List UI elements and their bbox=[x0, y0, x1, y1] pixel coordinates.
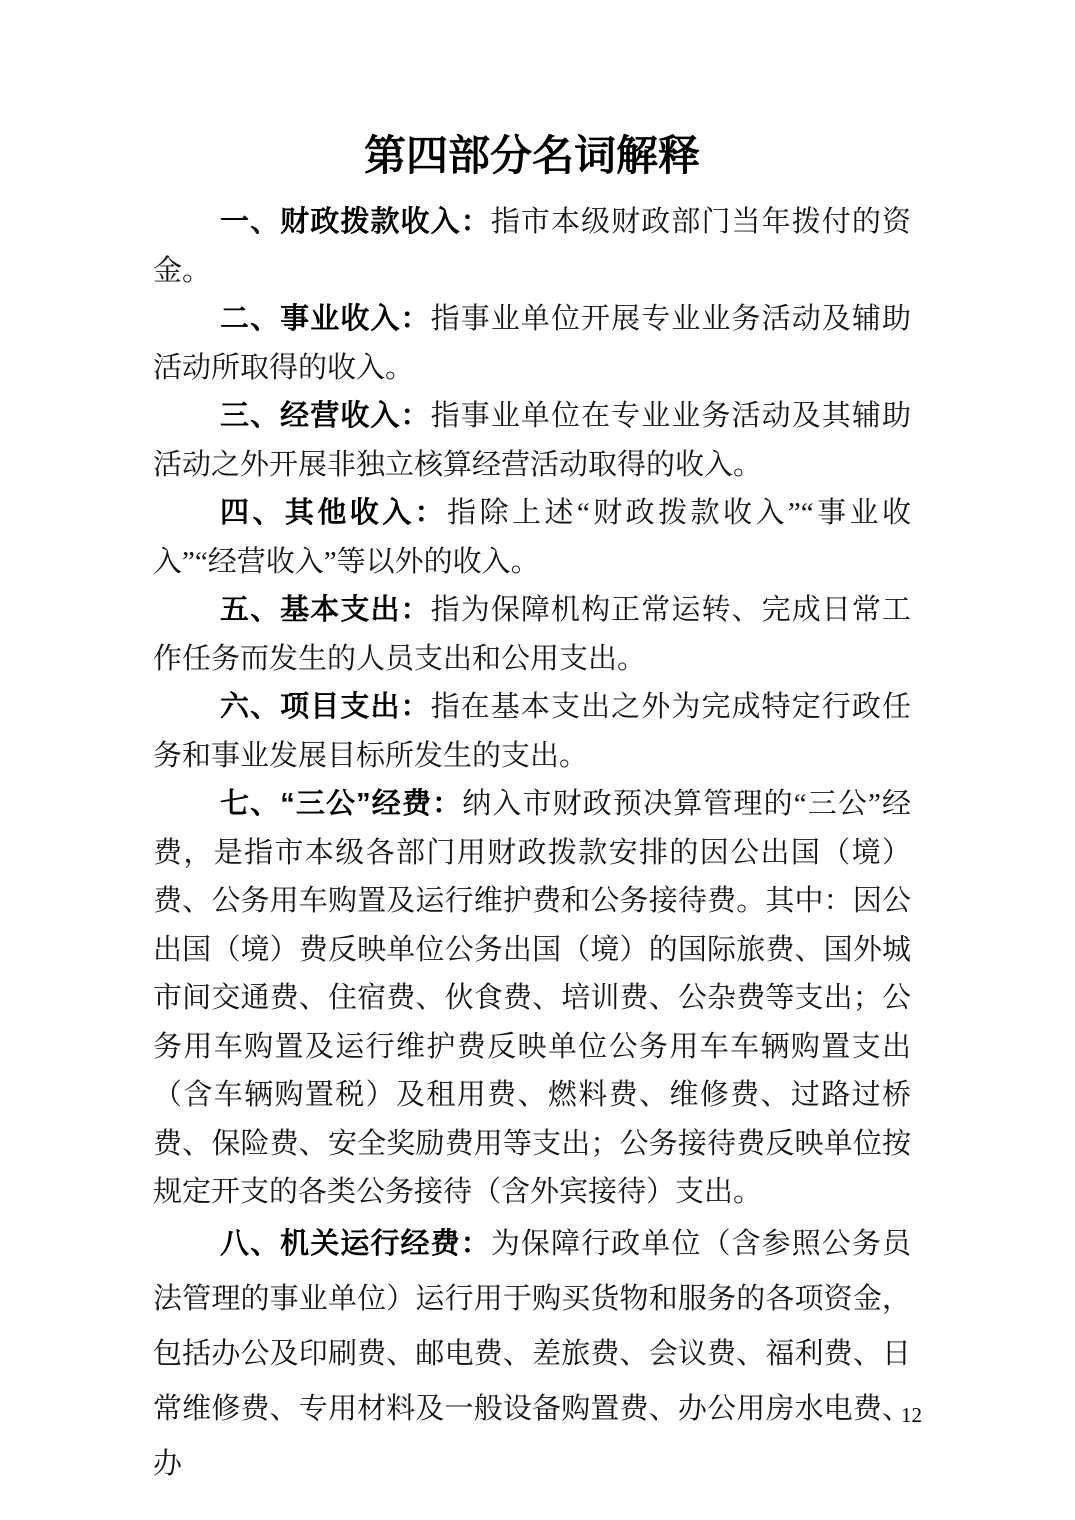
definition-paragraph-3: 三、经营收入：指事业单位在专业业务活动及其辅助活动之外开展非独立核算经营活动取得… bbox=[153, 392, 911, 489]
term-label: 六、项目支出： bbox=[220, 691, 431, 723]
definition-paragraph-5: 五、基本支出：指为保障机构正常运转、完成日常工作任务而发生的人员支出和公用支出。 bbox=[153, 586, 911, 683]
definition-paragraph-8: 八、机关运行经费：为保障行政单位（含参照公务员法管理的事业单位）运行用于购买货物… bbox=[153, 1217, 911, 1492]
page-title: 第四部分名词解释 bbox=[153, 130, 911, 182]
term-label: 八、机关运行经费： bbox=[220, 1228, 491, 1260]
document-page: 第四部分名词解释 一、财政拨款收入：指市本级财政部门当年拨付的资金。 二、事业收… bbox=[0, 0, 1075, 1520]
document-content: 第四部分名词解释 一、财政拨款收入：指市本级财政部门当年拨付的资金。 二、事业收… bbox=[153, 130, 911, 1492]
term-label: 二、事业收入： bbox=[220, 303, 431, 335]
definition-paragraph-2: 二、事业收入：指事业单位开展专业业务活动及辅助活动所取得的收入。 bbox=[153, 295, 911, 392]
term-label: 五、基本支出： bbox=[220, 594, 431, 626]
term-definition: 为保障行政单位（含参照公务员法管理的事业单位）运行用于购买货物和服务的各项资金，… bbox=[153, 1228, 911, 1480]
term-label: 七、“三公”经费： bbox=[220, 788, 462, 820]
page-number: 12 bbox=[901, 1402, 922, 1428]
definition-paragraph-1: 一、财政拨款收入：指市本级财政部门当年拨付的资金。 bbox=[153, 198, 911, 295]
term-definition: 纳入市财政预决算管理的“三公”经费，是指市本级各部门用财政拨款安排的因公出国（境… bbox=[153, 788, 911, 1208]
term-label: 四、其他收入： bbox=[220, 497, 447, 529]
definition-paragraph-4: 四、其他收入：指除上述“财政拨款收入”“事业收入”“经营收入”等以外的收入。 bbox=[153, 489, 911, 586]
term-label: 一、财政拨款收入： bbox=[220, 206, 491, 238]
definition-paragraph-7: 七、“三公”经费：纳入市财政预决算管理的“三公”经费，是指市本级各部门用财政拨款… bbox=[153, 780, 911, 1217]
term-label: 三、经营收入： bbox=[220, 400, 431, 432]
definition-paragraph-6: 六、项目支出：指在基本支出之外为完成特定行政任务和事业发展目标所发生的支出。 bbox=[153, 683, 911, 780]
